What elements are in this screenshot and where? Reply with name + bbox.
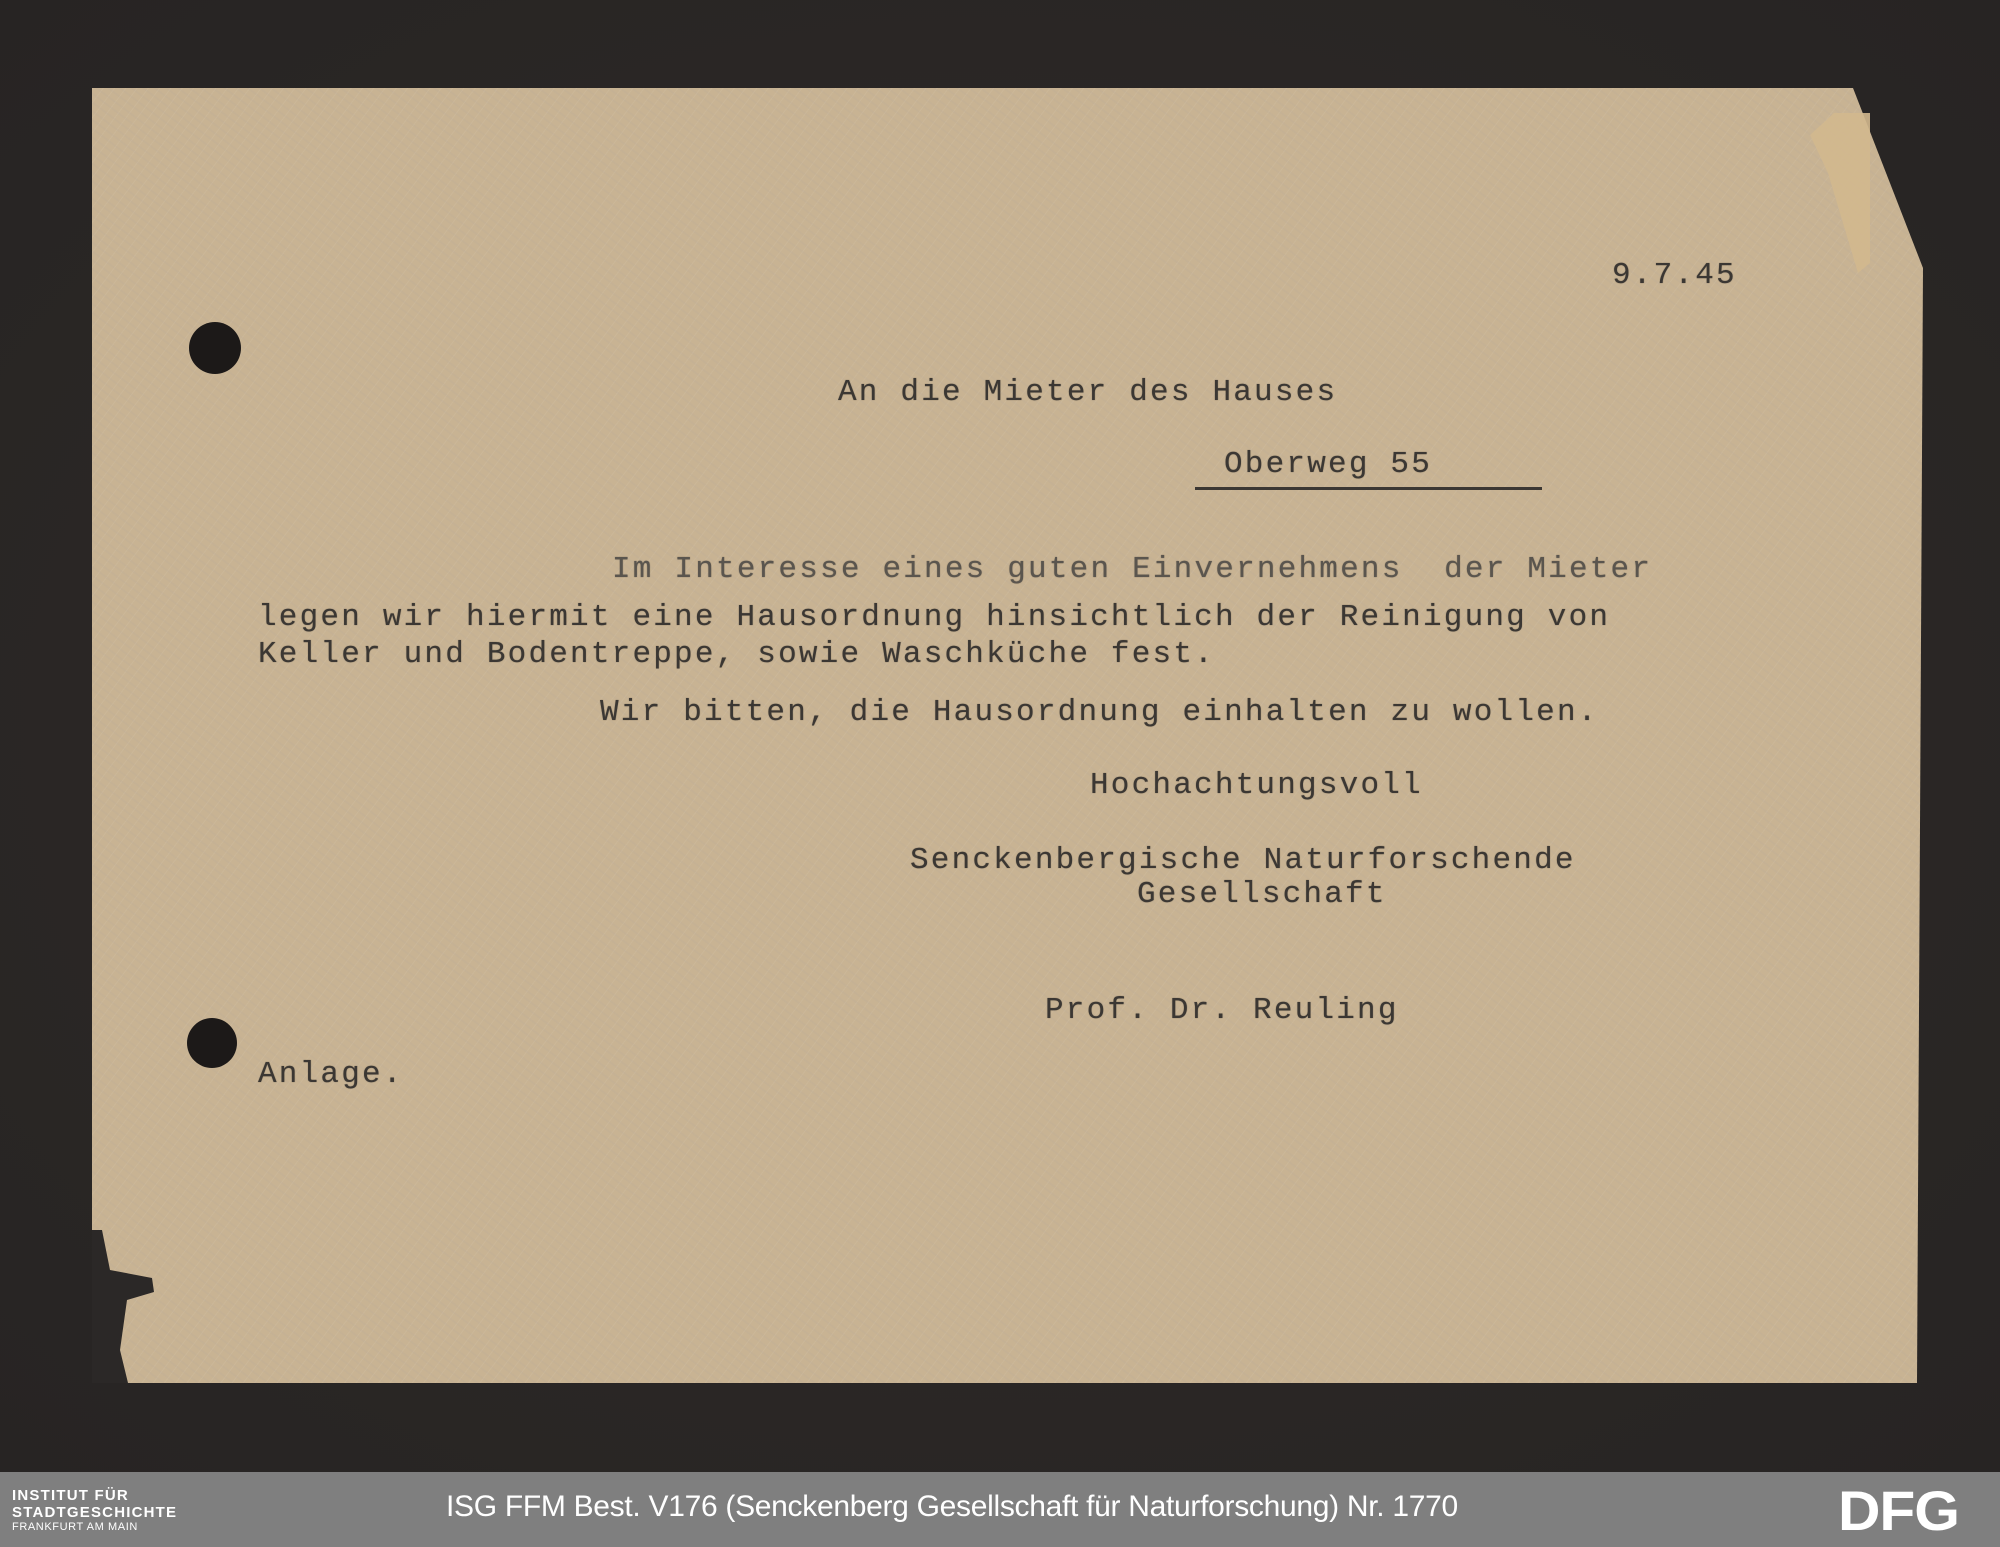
enclosure-line: Anlage. [258, 1057, 404, 1092]
sender-org-line-1: Senckenbergische Naturforschende [910, 843, 1576, 878]
punch-hole-bottom [187, 1018, 237, 1068]
body-line-3: Keller und Bodentreppe, sowie Waschküche… [258, 637, 1215, 672]
institute-city: FRANKFURT AM MAIN [12, 1522, 177, 1533]
body-line-1: Im Interesse eines guten Einvernehmens d… [612, 552, 1652, 587]
archive-caption: ISG FFM Best. V176 (Senckenberg Gesellsc… [446, 1490, 1458, 1524]
archive-footer: INSTITUT FÜR STADTGESCHICHTE FRANKFURT A… [0, 1472, 2000, 1547]
institute-name-line-2: STADTGESCHICHTE [12, 1505, 177, 1520]
letter-date: 9.7.45 [1612, 258, 1737, 293]
body-line-2: legen wir hiermit eine Hausordnung hinsi… [258, 600, 1610, 635]
sender-org-line-2: Gesellschaft [1137, 877, 1387, 912]
address-line: Oberweg 55 [1224, 447, 1432, 482]
recipient-line: An die Mieter des Hauses [838, 375, 1337, 410]
address-underline [1195, 487, 1542, 490]
institute-logo: INSTITUT FÜR STADTGESCHICHTE FRANKFURT A… [12, 1488, 177, 1533]
closing-line: Hochachtungsvoll [1090, 768, 1423, 803]
dfg-logo-icon: DFG [1838, 1486, 1959, 1536]
institute-name-line-1: INSTITUT FÜR [12, 1488, 177, 1503]
punch-hole-top [189, 322, 241, 374]
signatory-line: Prof. Dr. Reuling [1045, 993, 1399, 1028]
request-line: Wir bitten, die Hausordnung einhalten zu… [600, 695, 1599, 730]
